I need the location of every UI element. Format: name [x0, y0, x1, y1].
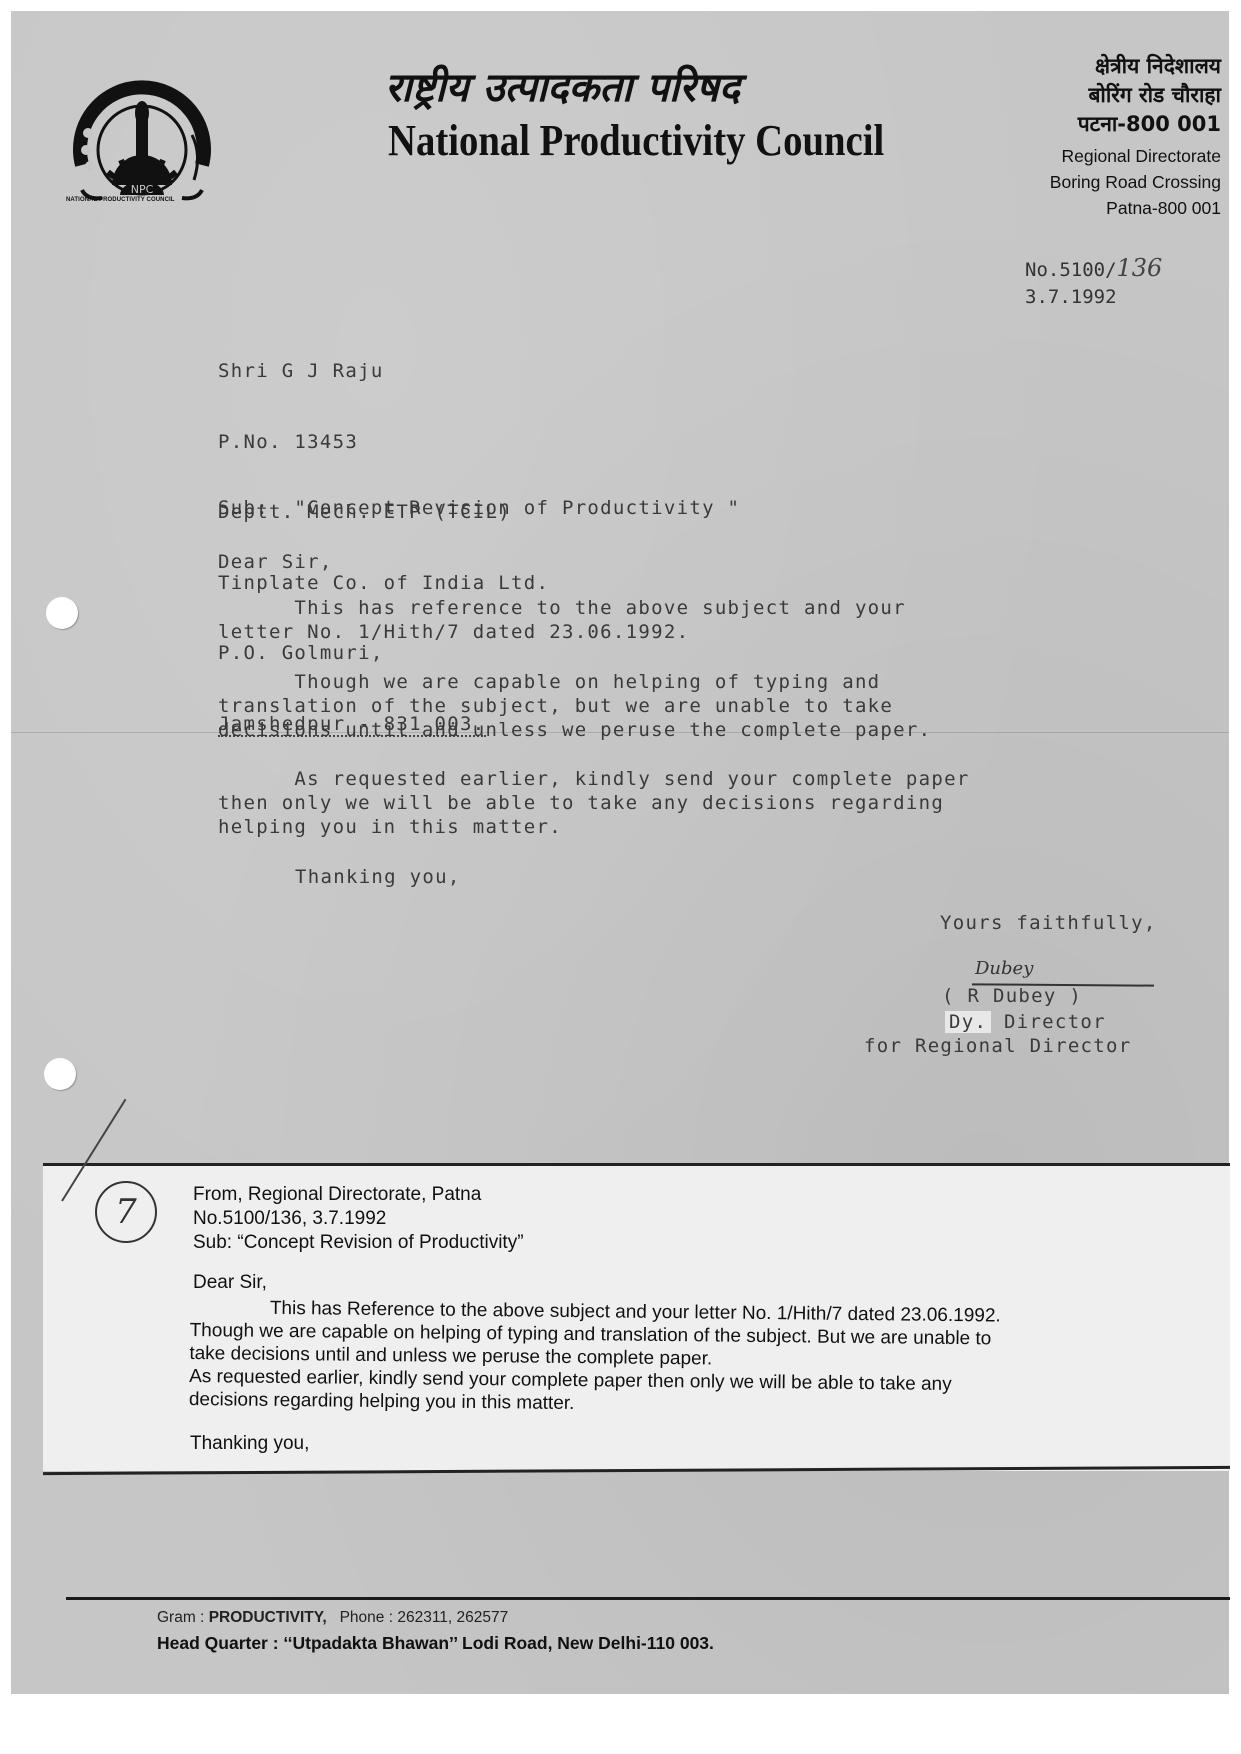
punch-hole: [46, 597, 78, 629]
circled-page-number: 7: [95, 1181, 157, 1243]
footer-rule: [66, 1597, 1230, 1600]
org-name-hindi: राष्ट्रीय उत्पादकता परिषद: [385, 58, 740, 113]
phone-label: Phone :: [340, 1609, 393, 1626]
letter-closing: Yours faithfully,: [940, 912, 1157, 934]
address-english-line: Regional Directorate: [1050, 143, 1221, 169]
letter-thanks: Thanking you,: [295, 866, 461, 888]
recipient-line: Tinplate Co. of India Ltd.: [218, 572, 549, 596]
recipient-line: Shri G J Raju: [218, 360, 549, 384]
signatory-name: ( R Dubey ): [942, 985, 1082, 1007]
org-name-english: National Productivity Council: [388, 115, 884, 166]
letter-salutation: Dear Sir,: [218, 551, 333, 573]
letter-subject: Sub: "Concept Revision of Productivity ": [218, 497, 740, 519]
address-english-line: Patna-800 001: [1050, 195, 1221, 221]
address-hindi-line: बोरिंग रोड चौराहा: [1050, 81, 1221, 110]
slip-header-line: Sub: “Concept Revision of Productivity”: [193, 1231, 524, 1255]
gram-label: Gram :: [157, 1609, 204, 1626]
reference-number: No.5100/136 3.7.1992: [1025, 255, 1162, 311]
footer-contact: Gram : PRODUCTIVITY, Phone : 262311, 262…: [157, 1609, 508, 1627]
footer-head-quarter: Head Quarter : ‘‘Utpadakta Bhawan’’ Lodi…: [157, 1633, 714, 1654]
recipient-line: P.No. 13453: [218, 431, 549, 455]
letter-paragraph: As requested earlier, kindly send your c…: [218, 767, 970, 839]
signatory-title: Dy. Director: [945, 1011, 1106, 1033]
slip-header-line: No.5100/136, 3.7.1992: [193, 1207, 524, 1231]
slip-salutation: Dear Sir,: [193, 1272, 267, 1294]
slip-header: From, Regional Directorate, Patna No.510…: [193, 1183, 524, 1255]
slip-header-line: From, Regional Directorate, Patna: [193, 1183, 524, 1207]
address-english-line: Boring Road Crossing: [1050, 169, 1221, 195]
punch-hole: [44, 1058, 76, 1090]
npc-emblem-icon: NPC: [52, 55, 232, 215]
signatory-title-text: Director: [1004, 1011, 1106, 1033]
signatory-for: for Regional Director: [864, 1035, 1132, 1057]
svg-text:NPC: NPC: [131, 183, 154, 196]
reference-date: 3.7.1992: [1025, 284, 1162, 311]
gram-value: PRODUCTIVITY,: [209, 1609, 327, 1626]
slip-thanks: Thanking you,: [190, 1433, 309, 1455]
letter-paragraph: Though we are capable on helping of typi…: [218, 670, 931, 742]
slip-body: This has Reference to the above subject …: [189, 1296, 1001, 1419]
phone-value: 262311, 262577: [397, 1609, 508, 1626]
logo-caption: NATIONAL PRODUCTIVITY COUNCIL: [66, 197, 226, 203]
recipient-line: P.O. Golmuri,: [218, 642, 549, 666]
reference-number-typed: No.5100/: [1025, 259, 1117, 281]
address-hindi-line: पटना-800 001: [1050, 110, 1221, 139]
signature: Dubey: [975, 958, 1033, 979]
signatory-title-prefix: Dy.: [945, 1011, 991, 1033]
letter-paragraph: This has reference to the above subject …: [218, 596, 906, 644]
address-hindi-line: क्षेत्रीय निदेशालय: [1050, 52, 1221, 81]
regional-address: क्षेत्रीय निदेशालय बोरिंग रोड चौराहा पटन…: [1050, 52, 1221, 221]
reference-number-handwritten: 136: [1117, 254, 1163, 282]
